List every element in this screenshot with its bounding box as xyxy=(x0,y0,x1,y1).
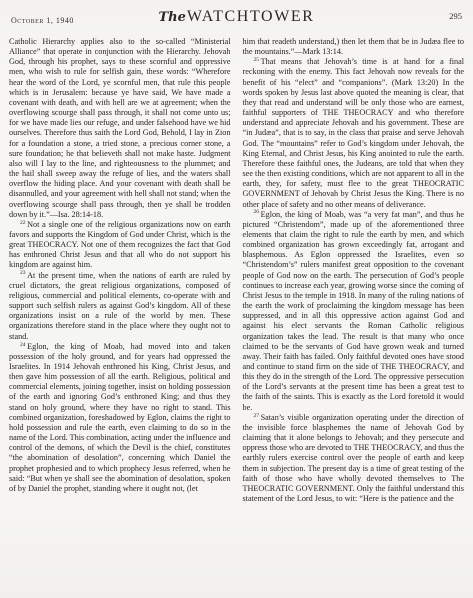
paragraph-number: 23 xyxy=(20,270,26,276)
paragraph-number: 22 xyxy=(20,220,26,226)
paragraph: 23At the present time, when the nations … xyxy=(9,271,231,342)
paragraph-text: Satan’s visible organization operating u… xyxy=(243,413,465,503)
paragraph-continuation: him that readeth understand,) then let t… xyxy=(243,37,465,57)
watchtower-scanned-page: October 1, 1940 TheWATCHTOWER 295 Cathol… xyxy=(0,0,473,598)
magazine-title-word: WATCHTOWER xyxy=(187,8,315,25)
paragraph: 27Satan’s visible organization operating… xyxy=(243,413,465,504)
paragraph-number: 24 xyxy=(20,342,26,348)
paragraph-text: That means that Jehovah’s time is at han… xyxy=(243,57,465,208)
paragraph-number: 25 xyxy=(254,57,260,63)
paragraph: 25That means that Jehovah’s time is at h… xyxy=(243,57,465,209)
paragraph-text: Eglon, the king of Moab, was “a very fat… xyxy=(243,210,465,412)
paragraph-number: 26 xyxy=(254,209,260,215)
paragraph: 26Eglon, the king of Moab, was “a very f… xyxy=(243,210,465,413)
paragraph-text: Eglon, the king of Moab, had moved into … xyxy=(9,342,231,493)
left-column: Catholic Hierarchy applies also to the s… xyxy=(9,37,231,504)
paragraph-continuation: Catholic Hierarchy applies also to the s… xyxy=(9,37,231,220)
magazine-title-prefix: The xyxy=(158,10,185,25)
magazine-title: TheWATCHTOWER xyxy=(158,8,314,26)
page-header: October 1, 1940 TheWATCHTOWER 295 xyxy=(9,8,464,32)
paragraph-text: At the present time, when the nations of… xyxy=(9,271,231,341)
page-number: 295 xyxy=(449,11,462,21)
paragraph: 24Eglon, the king of Moab, had moved int… xyxy=(9,342,231,494)
right-column: him that readeth understand,) then let t… xyxy=(243,37,465,504)
paragraph: 22Not a single one of the religious orga… xyxy=(9,220,231,271)
paragraph-text: him that readeth understand,) then let t… xyxy=(243,37,465,56)
text-columns: Catholic Hierarchy applies also to the s… xyxy=(9,37,464,504)
paragraph-text: Catholic Hierarchy applies also to the s… xyxy=(9,37,231,219)
paragraph-number: 27 xyxy=(254,413,260,419)
paragraph-text: Not a single one of the religious organi… xyxy=(9,220,231,270)
issue-date: October 1, 1940 xyxy=(11,16,74,25)
